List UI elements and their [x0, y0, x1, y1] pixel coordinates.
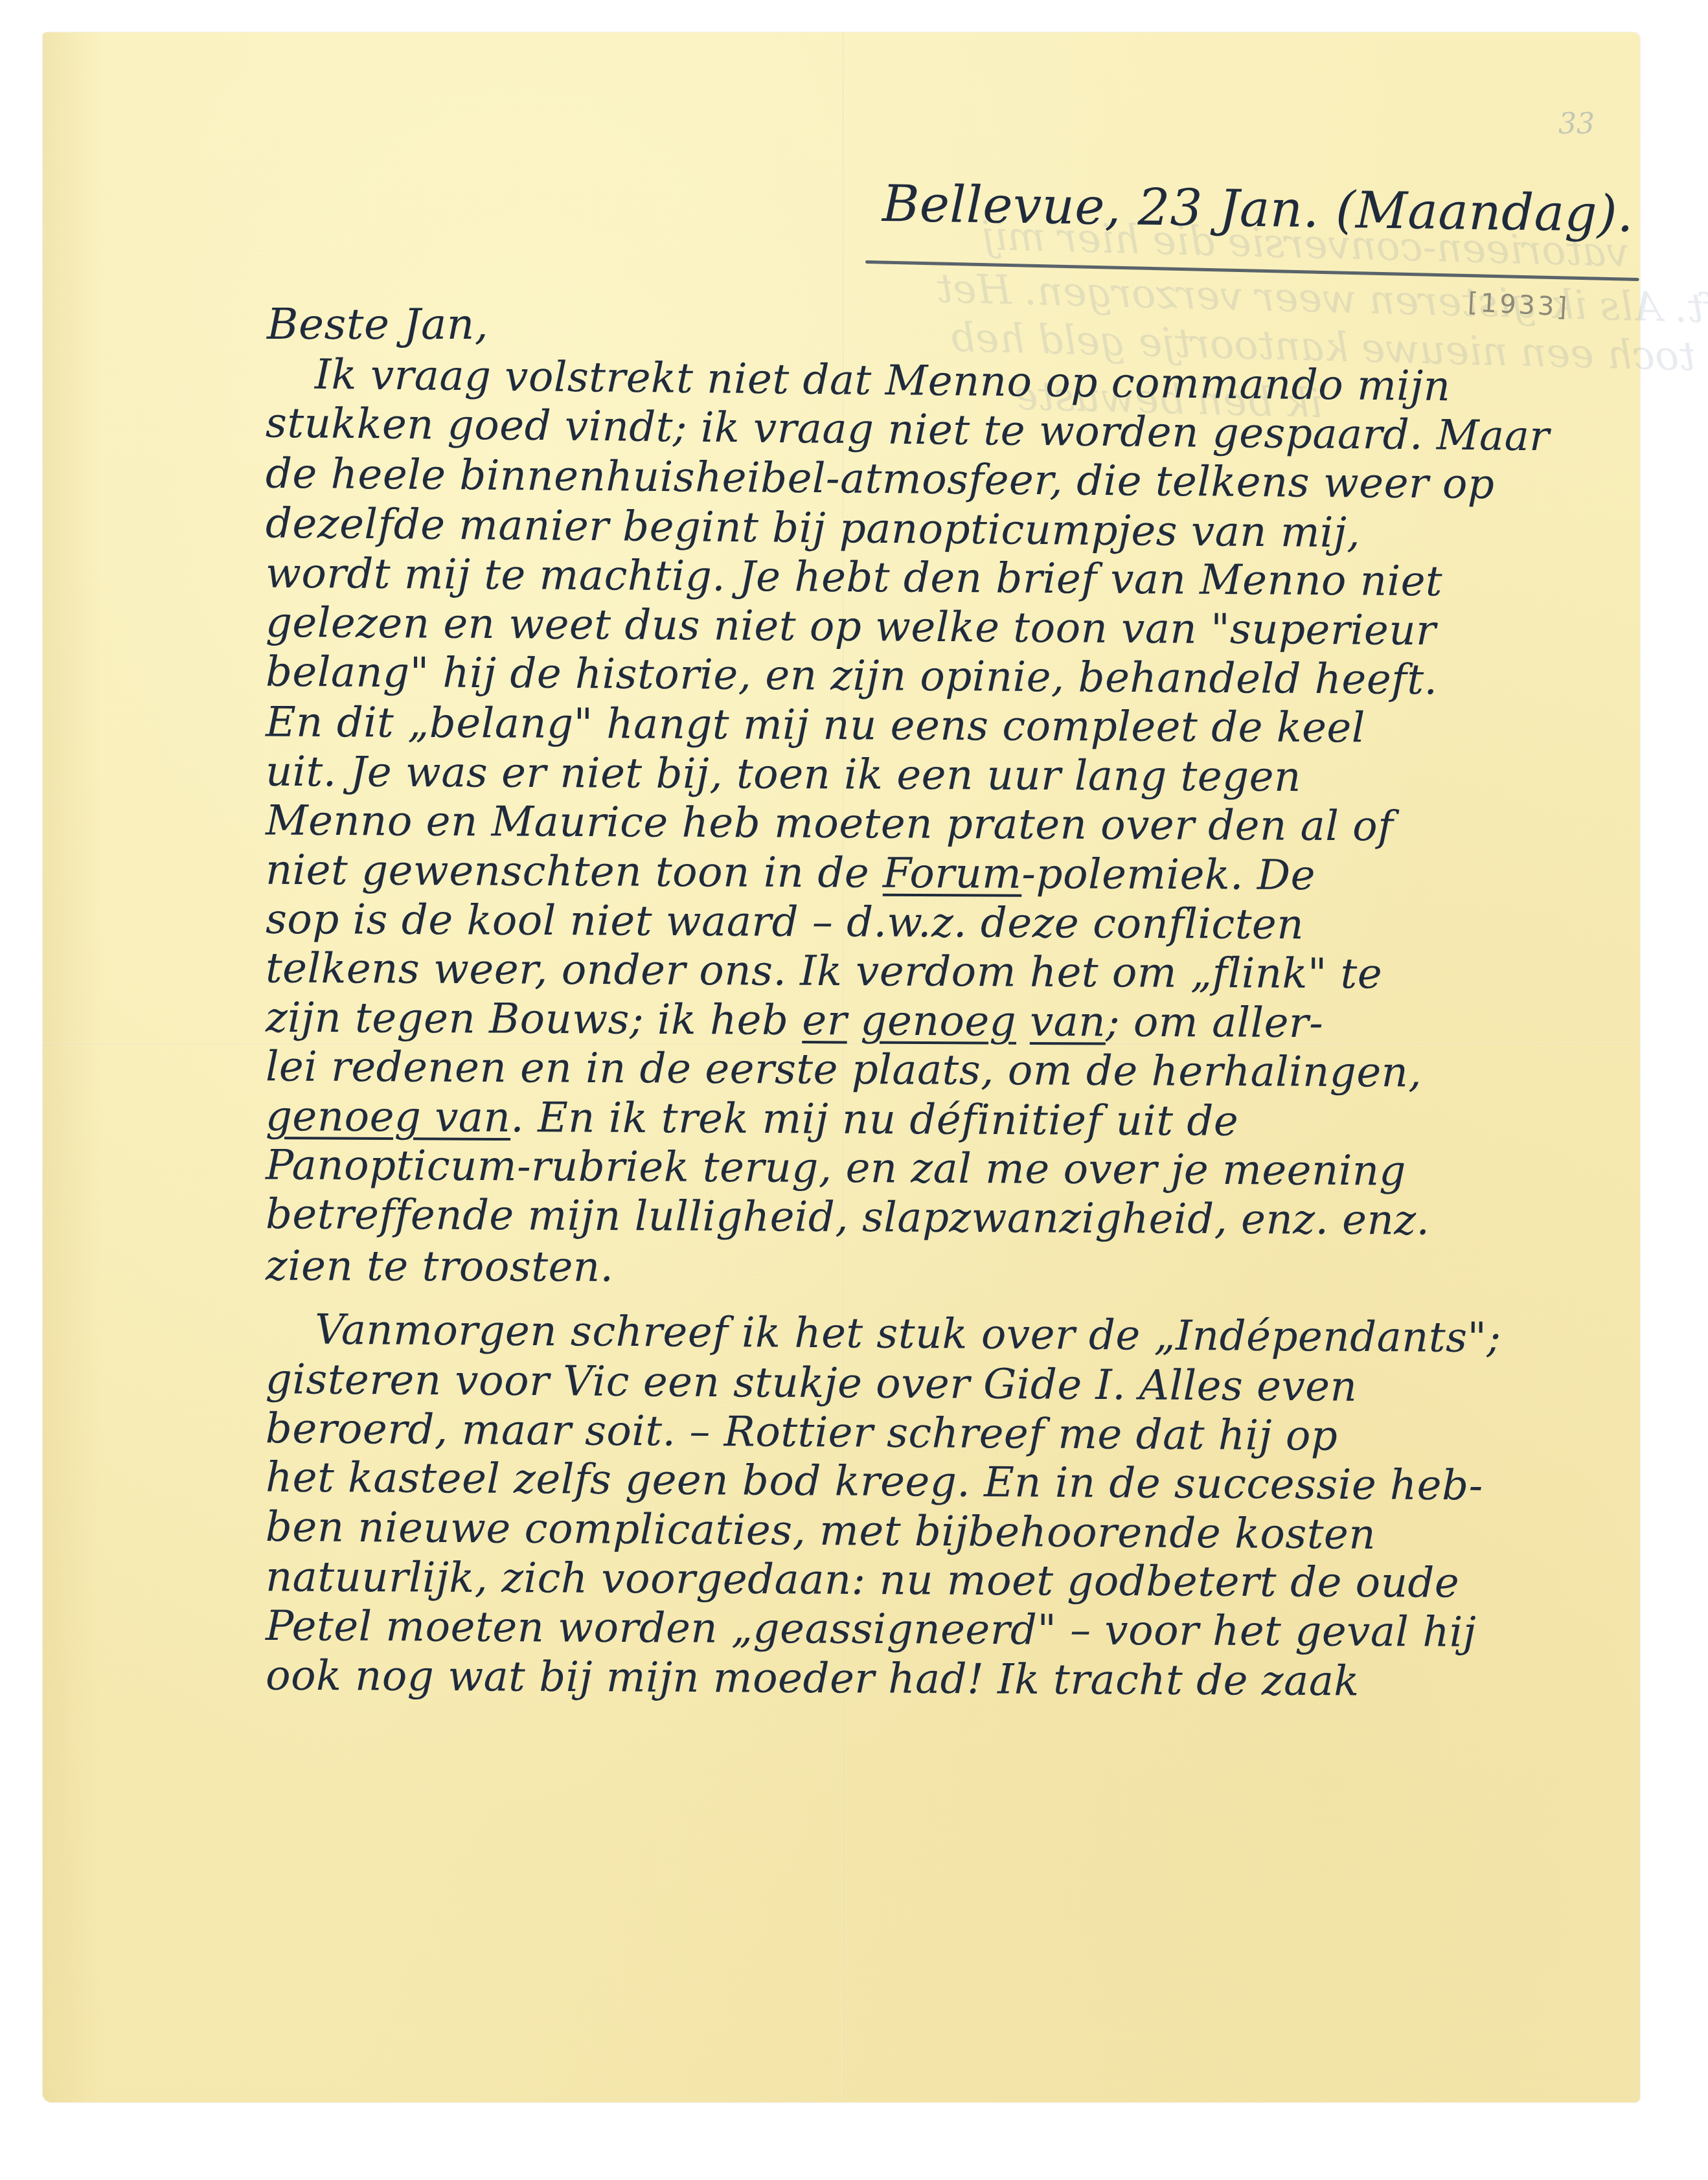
letter-line: Panopticum-rubriek terug, en zal me over… — [266, 1144, 1406, 1192]
underlined-phrase-genoeg-van: genoeg van — [266, 1093, 511, 1142]
letter-line: ben nieuwe complicaties, met bijbehooren… — [266, 1506, 1376, 1556]
corner-pencil-mark: 33 — [1558, 108, 1595, 141]
letter-line: genoeg van. En ik trek mij nu définitief… — [266, 1096, 1239, 1142]
letter-text: . En ik trek mij nu définitief uit de — [510, 1094, 1238, 1146]
letter-line: uit. Je was er niet bij, toen ik een uur… — [266, 751, 1301, 798]
letter-paper: vatorieen-conversie die hier mij ons pla… — [43, 32, 1640, 2102]
letter-line: dezelfde manier begint bij panopticumpje… — [266, 503, 1361, 554]
letter-line: gisteren voor Vic een stukje over Gide I… — [266, 1359, 1358, 1408]
salutation: Beste Jan, — [267, 299, 488, 349]
letter-line: zijn tegen Bouws; ik heb er genoeg van; … — [266, 997, 1324, 1045]
letter-line: beroerd, maar soit. – Rottier schreef me… — [266, 1408, 1338, 1457]
letter-line: telkens weer, onder ons. Ik verdom het o… — [266, 948, 1382, 995]
letter-line: Ik vraag volstrekt niet dat Menno op com… — [315, 354, 1451, 407]
underlined-word-van: van — [1030, 998, 1106, 1047]
letter-line: wordt mij te machtig. Je hebt den brief … — [266, 553, 1443, 603]
letter-line: Menno en Maurice heb moeten praten over … — [266, 800, 1394, 847]
letter-line: het kasteel zelfs geen bod kreeg. En in … — [266, 1457, 1483, 1506]
letter-line: belang" hij de historie, en zijn opinie,… — [266, 652, 1438, 701]
letter-text: zijn tegen Bouws; ik heb — [266, 994, 803, 1045]
paper-edge-shade — [43, 32, 101, 2102]
letter-text: niet gewenschten toon in de — [266, 846, 883, 898]
letter-line: sop is de kool niet waard – d.w.z. deze … — [266, 899, 1304, 946]
letter-text: ; om aller- — [1106, 999, 1324, 1048]
bleed-through-text: ons plaats heeft. Als ik gisteren weer v… — [936, 264, 1708, 339]
letter-line: niet gewenschten toon in de Forum-polemi… — [266, 850, 1315, 896]
year-annotation: [1933] — [1467, 288, 1570, 323]
letter-line: gelezen en weet dus niet op welke toon v… — [266, 602, 1437, 652]
letter-line: natuurlijk, zich voorgedaan: nu moet god… — [266, 1556, 1460, 1604]
letter-line: zien te troosten. — [266, 1245, 614, 1288]
underlined-word-genoeg: genoeg — [861, 997, 1017, 1046]
letter-line: stukken goed vindt; ik vraag niet te wor… — [266, 403, 1550, 458]
letter-line: En dit „belang" hangt mij nu eens comple… — [266, 702, 1365, 749]
letter-line: lei redenen en in de eerste plaats, om d… — [266, 1046, 1422, 1093]
place-date-heading: Bellevue, 23 Jan. (Maandag). — [882, 175, 1634, 244]
letter-line: ook nog wat bij mijn moeder had! Ik trac… — [266, 1655, 1360, 1703]
letter-line: Petel moeten worden „geassigneerd" – voo… — [266, 1606, 1477, 1653]
letter-line: de heele binnenhuisheibel-atmosfeer, die… — [266, 453, 1495, 506]
letter-line: Vanmorgen schreef ik het stuk over de „I… — [315, 1310, 1501, 1359]
letter-line: betreffende mijn lulligheid, slapzwanzig… — [266, 1194, 1430, 1241]
underlined-word-forum: Forum — [883, 850, 1022, 898]
heading-underline — [865, 260, 1639, 281]
letter-text: -polemiek. De — [1021, 850, 1315, 900]
underlined-word-er: er — [802, 997, 847, 1045]
